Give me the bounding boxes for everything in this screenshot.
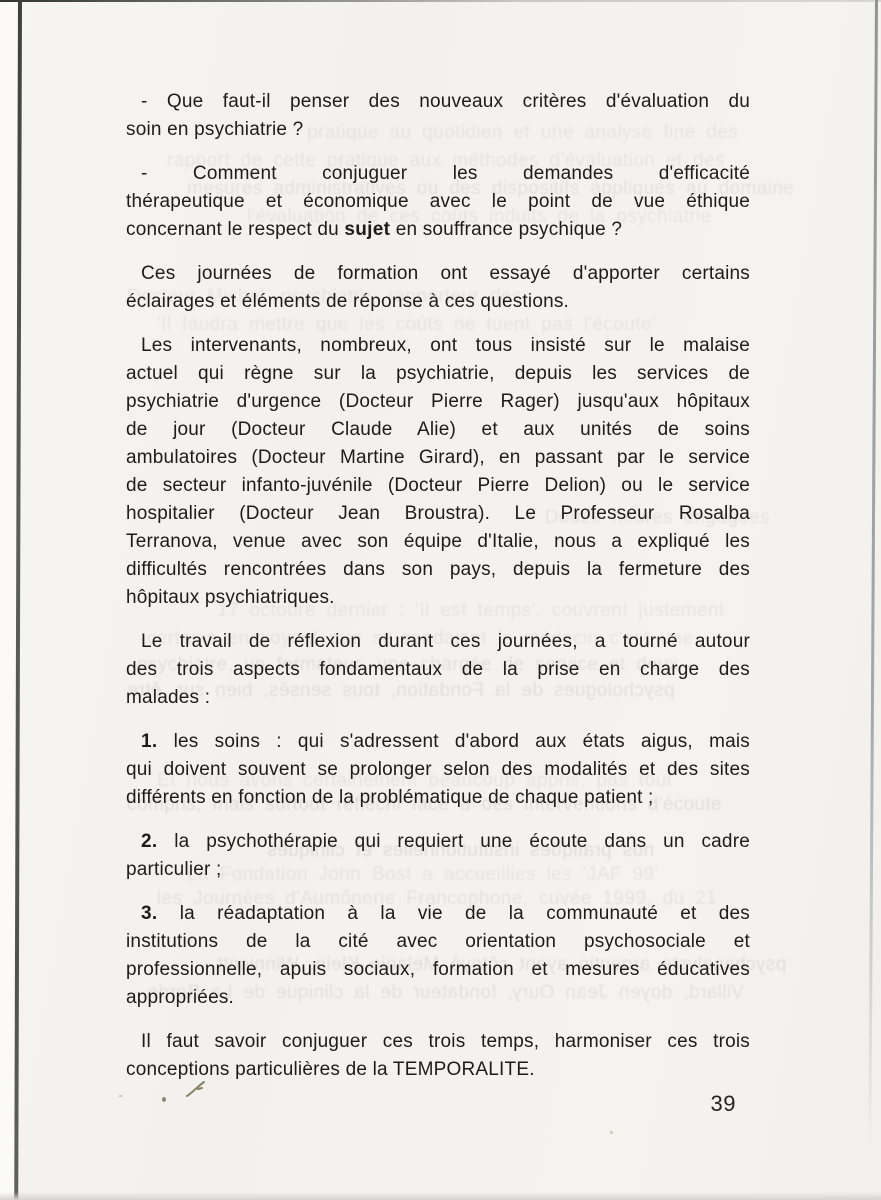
text-line: de secteur infanto-juvénile (Docteur Pie… [126, 472, 750, 500]
text-line: de jour (Docteur Claude Alie) et aux uni… [126, 416, 750, 444]
text-line: des trois aspects fondamentaux de la pri… [126, 656, 750, 684]
paper-speck [610, 1131, 613, 1134]
paragraph: - Comment conjuguer les demandes d'effic… [126, 160, 750, 244]
text-line: psychiatrie d'urgence (Docteur Pierre Ra… [126, 388, 750, 416]
text-line: concernant le respect du sujet en souffr… [126, 216, 750, 244]
paragraph: Les intervenants, nombreux, ont tous ins… [126, 332, 750, 612]
paragraph: Le travail de réflexion durant ces journ… [126, 628, 750, 712]
text-line: professionnelle, apuis sociaux, formatio… [126, 956, 750, 984]
text-line: Terranova, venue avec son équipe d'Itali… [126, 528, 750, 556]
text-line: thérapeutique et économique avec le poin… [126, 188, 750, 216]
text-line: institutions de la cité avec orientation… [126, 928, 750, 956]
text-line: éclairages et éléments de réponse à ces … [126, 288, 750, 316]
text-line: soin en psychiatrie ? [126, 116, 750, 144]
text-line: particulier ; [126, 856, 750, 884]
scan-edge-top [0, 0, 881, 2]
text-line: Ces journées de formation ont essayé d'a… [126, 260, 750, 288]
paragraph: Ces journées de formation ont essayé d'a… [126, 260, 750, 316]
text-line: appropriées. [126, 984, 750, 1012]
paragraph: 2. la psychothérapie qui requiert une éc… [126, 828, 750, 884]
text-line: Les intervenants, nombreux, ont tous ins… [126, 332, 750, 360]
text-line: - Que faut-il penser des nouveaux critèr… [126, 88, 750, 116]
text-line: ambulatoires (Docteur Martine Girard), e… [126, 444, 750, 472]
page-number: 39 [126, 1091, 750, 1117]
scan-edge-bottom-shadow [0, 1192, 881, 1200]
paper-speck [119, 1095, 122, 1097]
text-line: 2. la psychothérapie qui requiert une éc… [126, 828, 750, 856]
text-line: différents en fonction de la problématiq… [126, 784, 750, 812]
text-line: 1. les soins : qui s'adressent d'abord a… [126, 728, 750, 756]
text-line: Le travail de réflexion durant ces journ… [126, 628, 750, 656]
text-line: hospitalier (Docteur Jean Broustra). Le … [126, 500, 750, 528]
text-line: conceptions particulières de la TEMPORAL… [126, 1056, 750, 1084]
paragraph: - Que faut-il penser des nouveaux critèr… [126, 88, 750, 144]
text-line: Il faut savoir conjuguer ces trois temps… [126, 1028, 750, 1056]
text-line: difficultés rencontrées dans son pays, d… [126, 556, 750, 584]
paragraph: 3. la réadaptation à la vie de la commun… [126, 900, 750, 1012]
ink-smudge-mark [184, 1078, 212, 1100]
text-line: actuel qui règne sur la psychiatrie, dep… [126, 360, 750, 388]
text-line: qui doivent souvent se prolonger selon d… [126, 756, 750, 784]
text-line: hôpitaux psychiatriques. [126, 584, 750, 612]
paragraph: 1. les soins : qui s'adressent d'abord a… [126, 728, 750, 812]
paper-speck [162, 1097, 166, 1102]
text-line: - Comment conjuguer les demandes d'effic… [126, 160, 750, 188]
scan-edge-right [868, 0, 878, 1200]
text-block: - Que faut-il penser des nouveaux critèr… [126, 88, 750, 1100]
text-line: 3. la réadaptation à la vie de la commun… [126, 900, 750, 928]
scanned-book-page: pratique au quotidien et une analyse fin… [0, 0, 881, 1200]
text-line: malades : [126, 684, 750, 712]
paragraph: Il faut savoir conjuguer ces trois temps… [126, 1028, 750, 1084]
